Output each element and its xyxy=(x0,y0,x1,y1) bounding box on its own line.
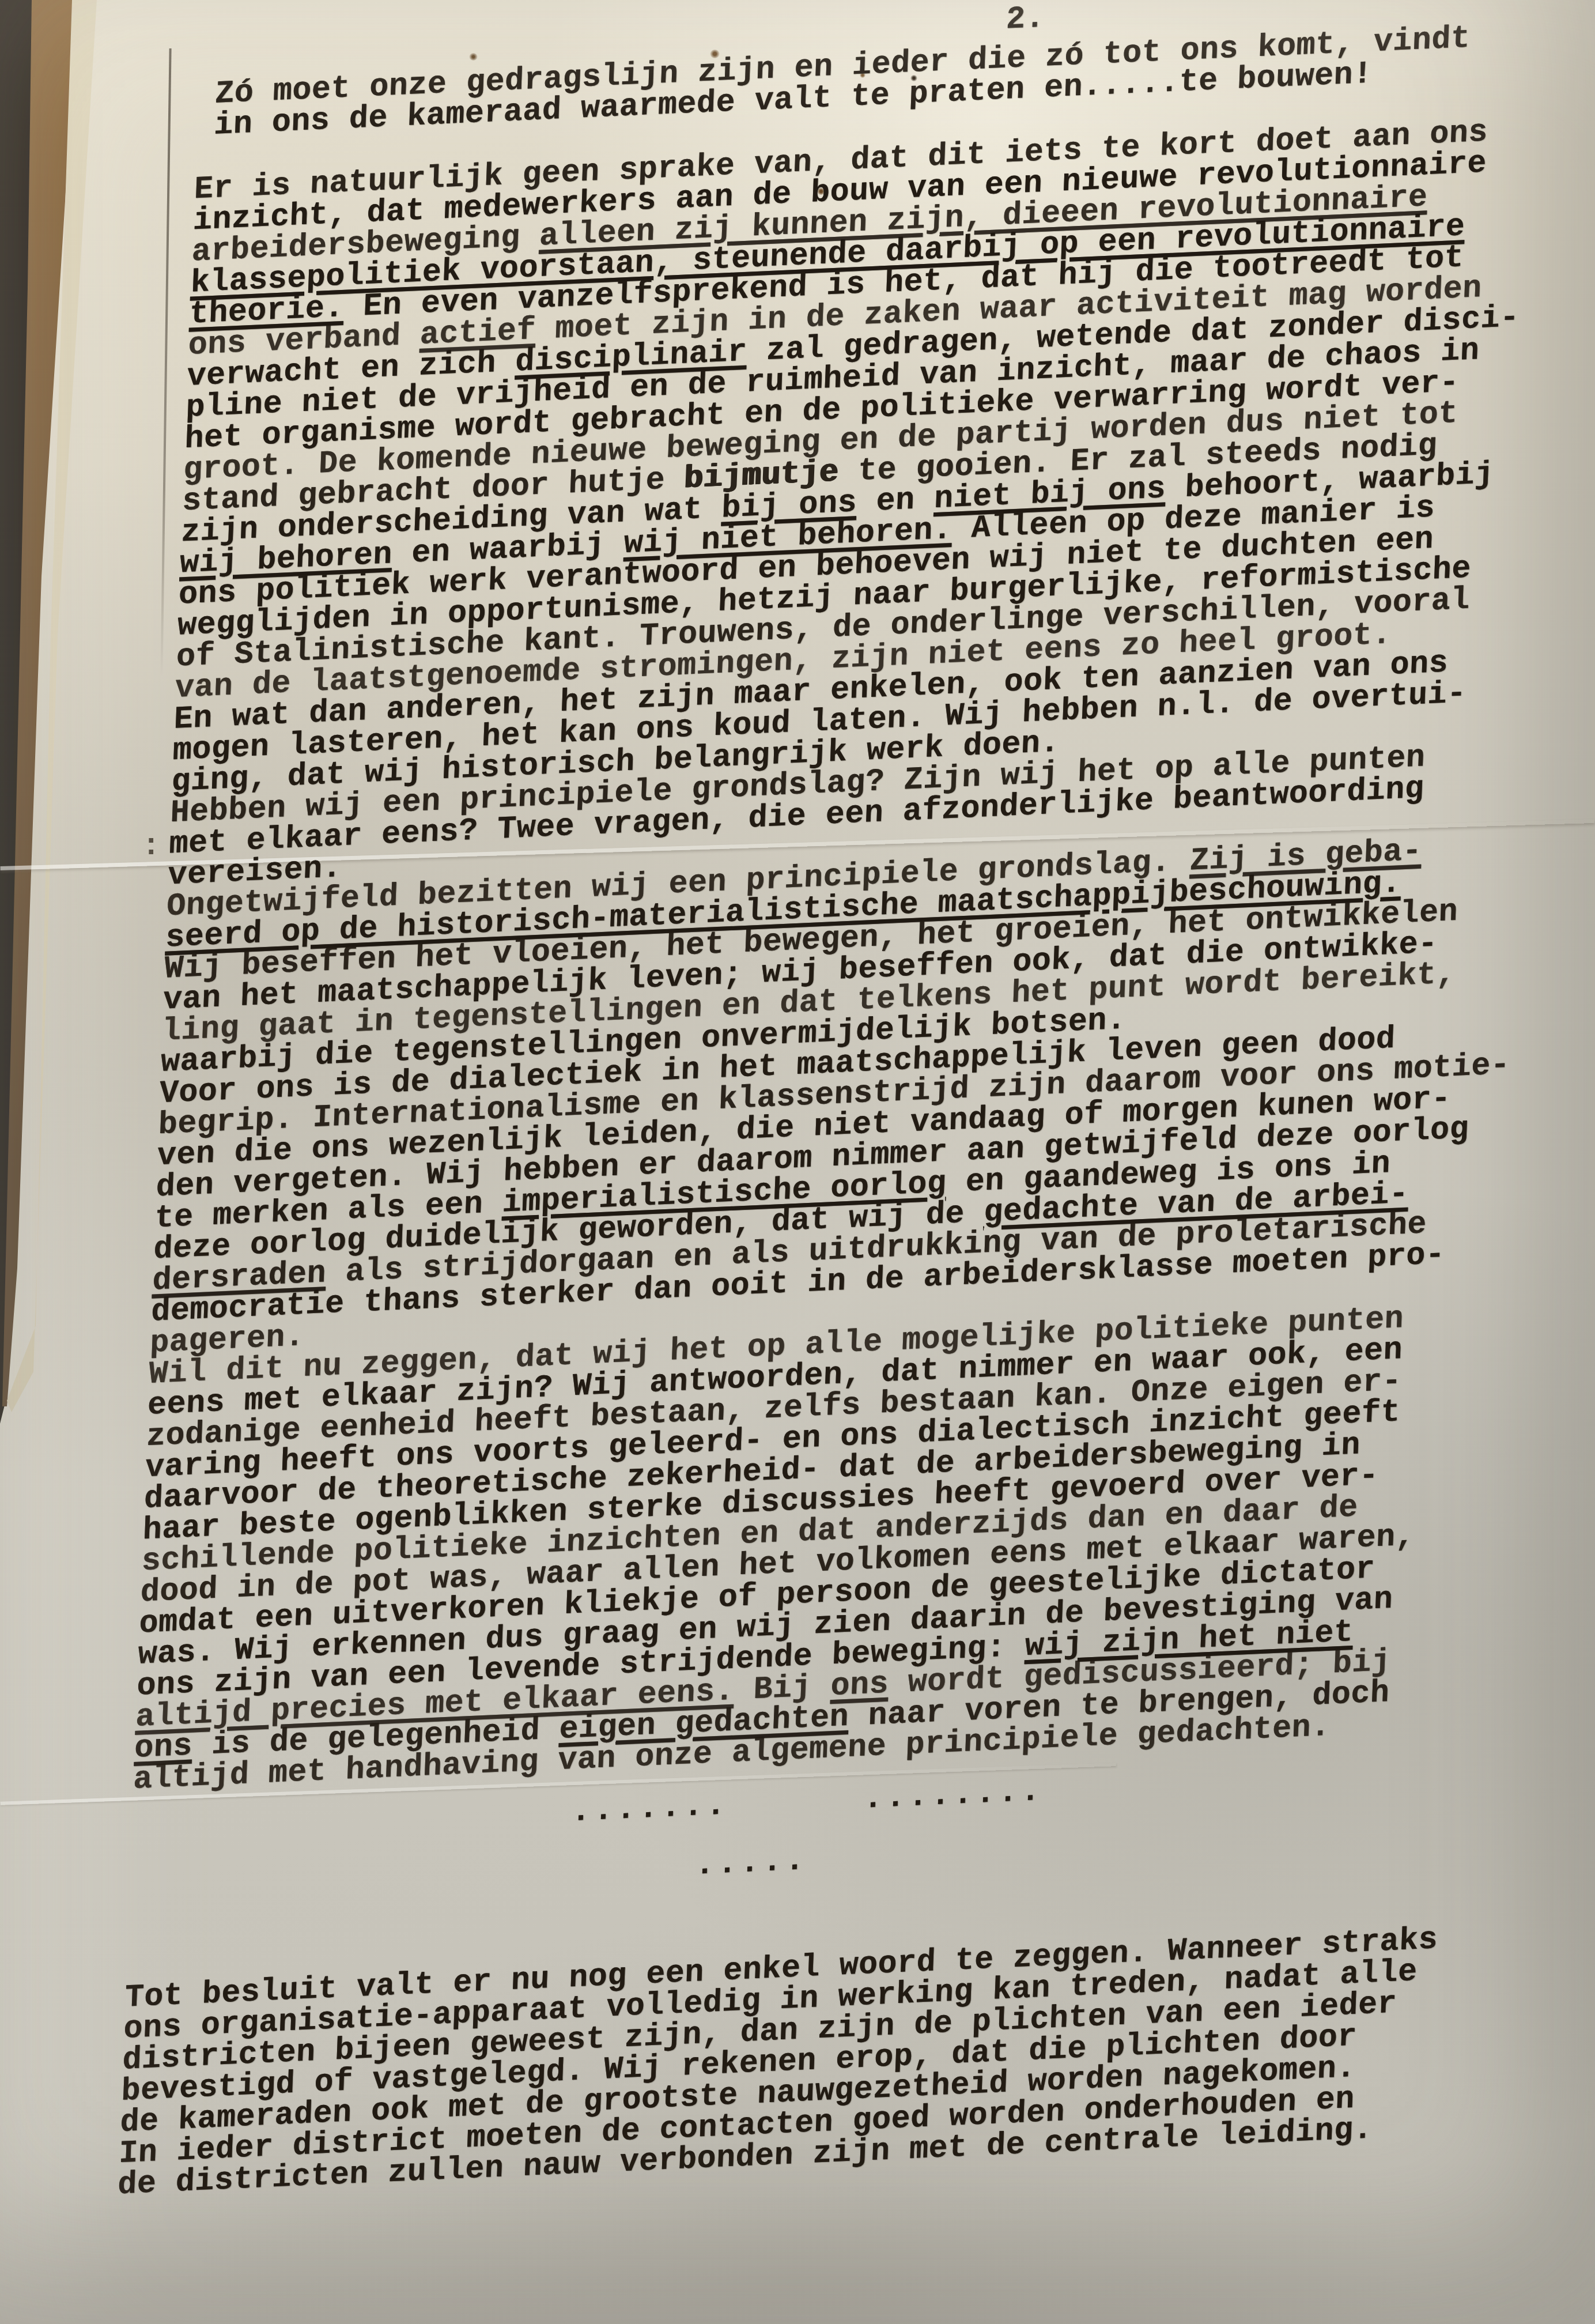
typed-text: 2. Zó moet onze gedragslijn zijn en iede… xyxy=(117,0,1595,2201)
overstruck-text: bijmutje xyxy=(683,454,839,497)
main-paragraph: Er is natuurlijk geen sprake van, dat di… xyxy=(133,112,1595,1795)
closing-paragraph: Tot besluit valt er nu nog een enkel woo… xyxy=(117,1921,1526,2201)
underlined-text: actief xyxy=(419,312,536,353)
paper-crease-vertical xyxy=(160,48,171,677)
document-photo: 2. Zó moet onze gedragslijn zijn en iede… xyxy=(0,0,1595,2324)
margin-mark: : xyxy=(142,829,160,864)
